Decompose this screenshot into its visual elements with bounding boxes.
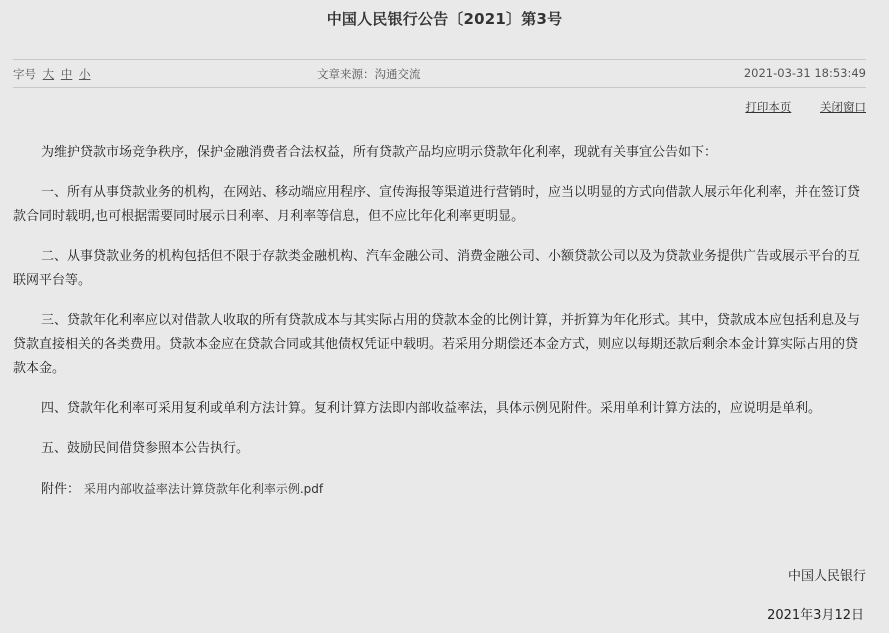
source-value: 沟通交流: [375, 67, 421, 81]
clause-4: 四、贷款年化利率可采用复利或单利方法计算。复利计算方法即内部收益率法，具体示例见…: [13, 397, 866, 421]
clause-5: 五、鼓励民间借贷参照本公告执行。: [13, 437, 866, 461]
attachment-label: 附件：: [41, 482, 80, 497]
clause-1: 一、所有从事贷款业务的机构，在网站、移动端应用程序、宣传海报等渠道进行营销时，应…: [13, 181, 866, 229]
clause-2: 二、从事贷款业务的机构包括但不限于存款类金融机构、汽车金融公司、消费金融公司、小…: [13, 245, 866, 293]
page-actions: 打印本页 关闭窗口: [720, 99, 866, 115]
clause-3: 三、贷款年化利率应以对借款人收取的所有贷款成本与其实际占用的贷款本金的比例计算，…: [13, 309, 866, 381]
publish-timestamp: 2021-03-31 18:53:49: [744, 66, 866, 80]
font-size-label: 字号: [13, 67, 36, 81]
intro-paragraph: 为维护贷款市场竞争秩序，保护金融消费者合法权益，所有贷款产品均应明示贷款年化利率…: [13, 141, 866, 165]
meta-bar: 字号 大 中 小 文章来源：沟通交流 2021-03-31 18:53:49: [13, 59, 866, 88]
attachment-link[interactable]: 采用内部收益率法计算贷款年化利率示例.pdf: [84, 482, 323, 496]
page-title: 中国人民银行公告〔2021〕第3号: [0, 8, 889, 29]
font-size-medium-link[interactable]: 中: [61, 67, 73, 81]
issue-date: 2021年3月12日: [767, 604, 864, 623]
attachment-line: 附件： 采用内部收益率法计算贷款年化利率示例.pdf: [13, 477, 866, 502]
article-source: 文章来源：沟通交流: [317, 66, 421, 82]
announcement-body: 为维护贷款市场竞争秩序，保护金融消费者合法权益，所有贷款产品均应明示贷款年化利率…: [13, 141, 866, 518]
close-window-link[interactable]: 关闭窗口: [820, 100, 866, 114]
font-size-large-link[interactable]: 大: [43, 67, 55, 81]
font-size-small-link[interactable]: 小: [79, 67, 91, 81]
source-label: 文章来源：: [317, 67, 375, 81]
announcement-page: 中国人民银行公告〔2021〕第3号 字号 大 中 小 文章来源：沟通交流 202…: [0, 0, 889, 633]
font-size-controls: 字号 大 中 小: [13, 66, 90, 82]
print-page-link[interactable]: 打印本页: [745, 100, 791, 114]
issuer-signature: 中国人民银行: [788, 565, 866, 584]
